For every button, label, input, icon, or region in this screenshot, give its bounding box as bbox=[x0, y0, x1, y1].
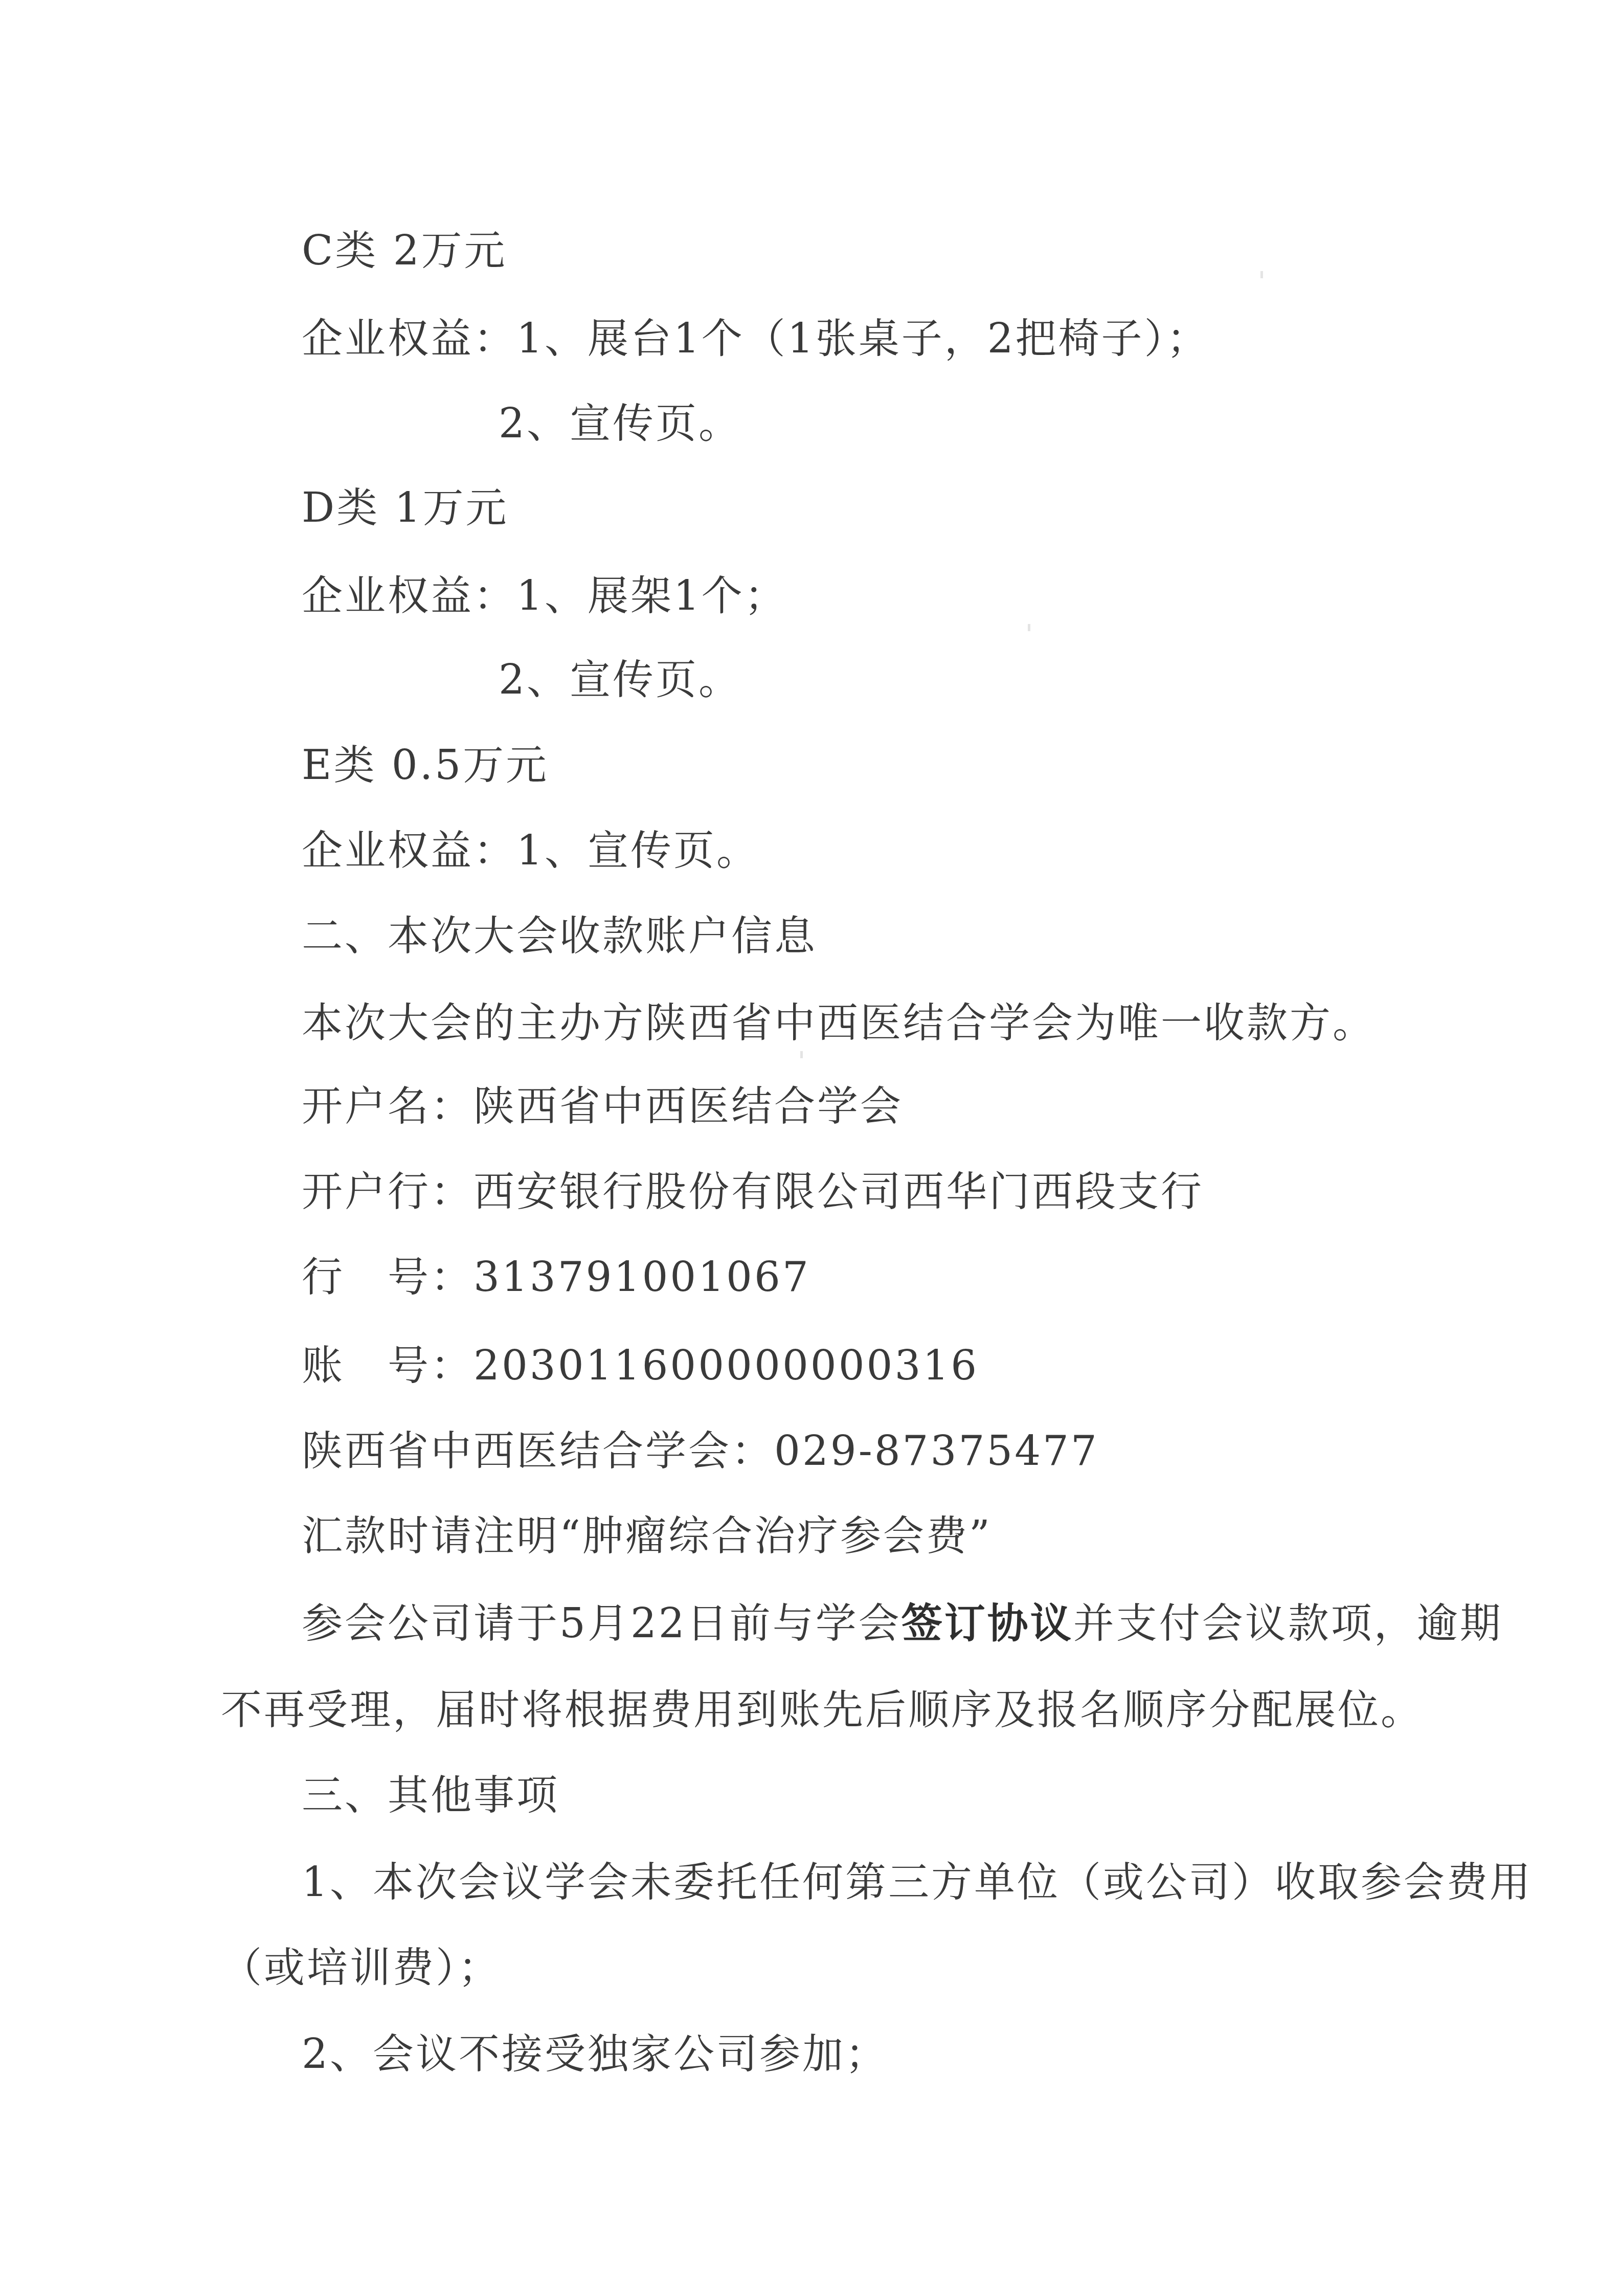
account-number-label: 账 号： bbox=[302, 1342, 474, 1389]
benefit-item: 1、展台1个（1张桌子，2把椅子）； bbox=[516, 315, 1210, 362]
section3-item-1: 1、本次会议学会未委托任何第三方单位（或公司）收取参会费用 bbox=[302, 1857, 1532, 1908]
tier-c-benefit-1: 企业权益：1、展台1个（1张桌子，2把椅子）； bbox=[302, 313, 1210, 364]
tier-e-title: E类 0.5万元 bbox=[302, 740, 549, 791]
tier-d-benefit-2: 2、宣传页。 bbox=[499, 654, 741, 705]
bank-code-value: 313791001067 bbox=[474, 1253, 810, 1301]
section2-heading: 二、本次大会收款账户信息 bbox=[302, 910, 817, 962]
section3-item-2: 2、会议不接受独家公司参加； bbox=[302, 2028, 888, 2080]
benefit-item: 1、宣传页。 bbox=[516, 827, 759, 874]
section3-heading: 三、其他事项 bbox=[302, 1770, 559, 1821]
benefits-label: 企业权益： bbox=[302, 572, 516, 619]
tier-c-benefit-2: 2、宣传页。 bbox=[499, 398, 741, 449]
tier-c-title: C类 2万元 bbox=[302, 225, 507, 276]
scan-speck bbox=[1260, 271, 1263, 278]
scan-speck bbox=[1028, 624, 1030, 631]
account-number-value: 203011600000000316 bbox=[474, 1342, 979, 1389]
bank-code: 行 号：313791001067 bbox=[302, 1252, 810, 1303]
tier-e-benefit-1: 企业权益：1、宣传页。 bbox=[302, 825, 759, 876]
account-name: 开户名：陕西省中西医结合学会 bbox=[302, 1081, 903, 1132]
document-page: C类 2万元 企业权益：1、展台1个（1张桌子，2把椅子）； 2、宣传页。 D类… bbox=[0, 0, 1623, 2296]
contact-phone: 陕西省中西医结合学会：029-87375477 bbox=[302, 1425, 1099, 1477]
bank-name: 开户行：西安银行股份有限公司西华门西段支行 bbox=[302, 1166, 1204, 1217]
deadline-text-1: 参会公司请于5月22日前与学会 bbox=[302, 1599, 901, 1647]
benefits-label: 企业权益： bbox=[302, 315, 516, 362]
deadline-text-2: 并支付会议款项，逾期 bbox=[1073, 1599, 1503, 1647]
deadline-notice: 参会公司请于5月22日前与学会签订协议并支付会议款项，逾期 bbox=[302, 1597, 1503, 1649]
section2-intro: 本次大会的主办方陕西省中西医结合学会为唯一收款方。 bbox=[302, 997, 1376, 1049]
tier-d-benefit-1: 企业权益：1、展架1个； bbox=[302, 570, 787, 621]
tier-d-title: D类 1万元 bbox=[302, 482, 508, 533]
benefits-label: 企业权益： bbox=[302, 827, 516, 874]
remittance-remark: 汇款时请注明“肿瘤综合治疗参会费” bbox=[302, 1510, 992, 1562]
deadline-notice-continued: 不再受理，届时将根据费用到账先后顺序及报名顺序分配展位。 bbox=[221, 1684, 1424, 1735]
deadline-emphasis: 签订协议 bbox=[901, 1599, 1073, 1647]
scan-speck bbox=[800, 1051, 803, 1058]
benefit-item: 1、展架1个； bbox=[516, 572, 787, 619]
account-number: 账 号：203011600000000316 bbox=[302, 1340, 979, 1391]
section3-item-1-continued: （或培训费）； bbox=[221, 1942, 501, 1993]
bank-code-label: 行 号： bbox=[302, 1253, 474, 1301]
